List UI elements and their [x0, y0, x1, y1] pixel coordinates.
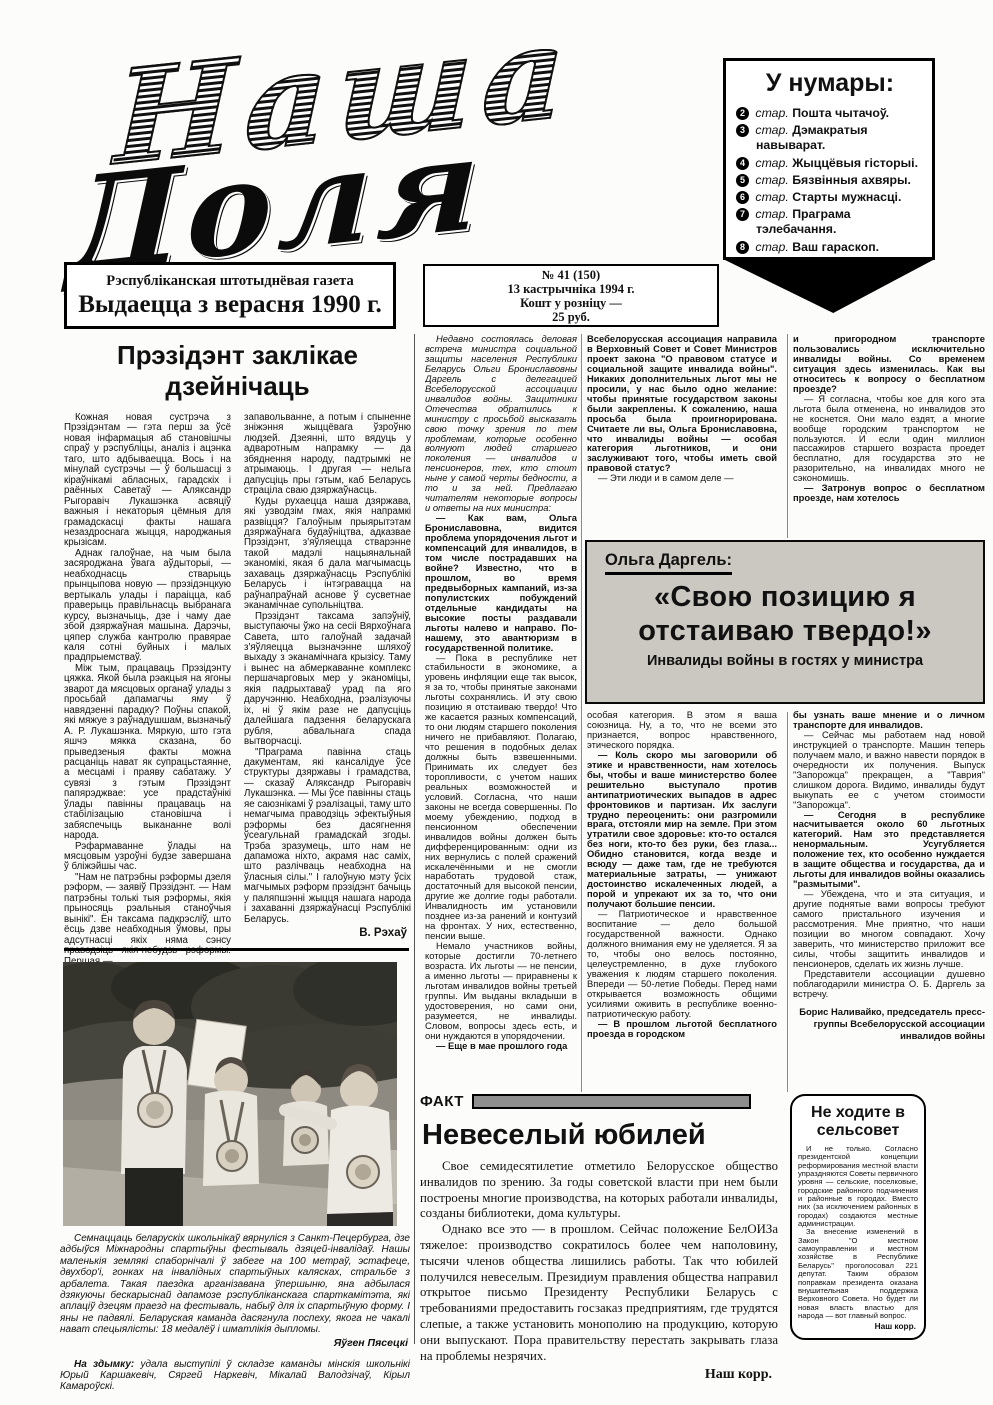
contents-item: 4 стар. Жыццёвыя гісторыі.	[736, 156, 924, 171]
page-label: стар.	[755, 207, 792, 221]
page-number-badge: 3	[736, 124, 749, 137]
sidebar-signature: Наш корр.	[798, 1321, 918, 1331]
contents-item: 6 стар. Старты мужнасці.	[736, 190, 924, 205]
paragraph: Рэфармаванне ўлады на мясцовым узроўні б…	[64, 842, 231, 873]
paragraph: — Как вам, Ольга Брониславовна, видится …	[425, 513, 577, 652]
page-number-badge: 6	[736, 191, 749, 204]
paragraph: Представители ассоциации душевно поблаго…	[793, 969, 985, 999]
logo-word-nasha: Наша	[112, 0, 577, 195]
paragraph: — Затронув вопрос о бесплатном проезде, …	[793, 483, 985, 503]
contents-item-text: Пошта чытачоў.	[792, 106, 889, 120]
newspaper-front-page: Наша Доля У нумары: 2 стар. Пошта чытачо…	[0, 0, 993, 1405]
publication-type: Рэспубліканская штотыднёвая газета	[106, 273, 353, 290]
paragraph: Однако все это — в прошлом. Сейчас полож…	[420, 1222, 778, 1364]
page-number-badge: 7	[736, 208, 749, 221]
publication-info-box: Рэспубліканская штотыднёвая газета Выдае…	[64, 262, 396, 329]
article-president-col2: запавольванне, а потым і спыненне зніжэн…	[244, 413, 411, 967]
page-number-badge: 4	[736, 157, 749, 170]
page-label: стар.	[755, 190, 792, 204]
issue-number: № 41 (150)	[542, 268, 600, 282]
paragraph: "Праграма павінна стаць дакументам, які …	[244, 748, 411, 926]
interview-col-a: Недавно состоялась деловая встреча минис…	[425, 334, 577, 1092]
page-number-badge: 5	[736, 174, 749, 187]
paragraph: Кожная новая сустрэча з Прэзідэнтам — гэ…	[64, 413, 231, 549]
fact-bar	[472, 1094, 751, 1109]
contents-item-text: Ваш гараскоп.	[792, 240, 879, 254]
paragraph: Між тым, працаваць Прэзідэнту цяжка. Яко…	[64, 664, 231, 842]
contents-box: У нумары: 2 стар. Пошта чытачоў.3 стар. …	[723, 58, 935, 260]
paragraph: Немало участников войны, которые достигл…	[425, 941, 577, 1041]
page-label: стар.	[755, 156, 792, 170]
paragraph: Свое семидесятилетие отметило Белорусско…	[420, 1159, 778, 1222]
fact-title: Невеселый юбилей	[422, 1119, 778, 1152]
paragraph: — Сегодня в республике насчитывается око…	[793, 810, 985, 890]
paragraph: — Еще в мае прошлого года	[425, 1041, 577, 1051]
photo-caption-text: Семнаццаць беларускіх школьнікаў вярнулі…	[60, 1233, 410, 1336]
interview-col-c-bottom: бы узнать ваше мнение и о личном транспо…	[793, 710, 985, 1092]
down-arrow-icon	[723, 259, 935, 313]
paragraph: Прэзідэнт таксама запэўніў, выступаючы ў…	[244, 612, 411, 748]
article-interview: Недавно состоялась деловая встреча минис…	[425, 334, 985, 1094]
contents-item: 5 стар. Бязвінныя ахвяры.	[736, 173, 924, 188]
sidebar-body: И не только. Согласно президентской конц…	[798, 1145, 918, 1320]
paragraph: Недавно состоялась деловая встреча минис…	[425, 334, 577, 513]
issue-info-box: № 41 (150) 13 кастрычніка 1994 г. Кошт у…	[423, 264, 719, 327]
photo-schoolboys-medals	[63, 962, 397, 1226]
sidebar-title: Не ходите в сельсовет	[798, 1104, 918, 1140]
paragraph: — Я согласна, чтобы кое для кого эта льг…	[793, 394, 985, 484]
contents-item: 7 стар. Праграма тэлебачання.	[736, 207, 924, 237]
paragraph: — Эти люди и в самом деле —	[587, 473, 777, 483]
page-label: стар.	[755, 173, 792, 187]
sidebar-selsovet: Не ходите в сельсовет И не только. Согла…	[790, 1094, 926, 1340]
article-fact: ФАКТ Невеселый юбилей Свое семидесятилет…	[420, 1093, 778, 1383]
interview-col-c-top: и пригородном транспорте пользовались ис…	[793, 334, 985, 540]
interview-col-b-top: Всебелорусская ассоциация направила в Ве…	[587, 334, 777, 540]
paragraph: — В прошлом льготой бесплатного проезда …	[587, 1019, 777, 1039]
contents-item: 8 стар. Ваш гараскоп.	[736, 240, 924, 255]
paragraph: Всебелорусская ассоциация направила в Ве…	[587, 334, 777, 473]
fact-body: Свое семидесятилетие отметило Белорусско…	[420, 1159, 778, 1364]
photo-caption-signature: Яўген Пясецкі	[60, 1337, 408, 1349]
interview-headline-box: Ольга Даргель: «Свою позицию я отстаиваю…	[585, 540, 985, 704]
page-number-badge: 8	[736, 241, 749, 254]
article-president-col1: Кожная новая сустрэча з Прэзідэнтам — гэ…	[64, 413, 231, 967]
paragraph: Куды рухаецца наша дзяржава, які узводзі…	[244, 497, 411, 612]
paragraph: За внесение изменений в Закон "О местном…	[798, 1228, 918, 1320]
interview-headline: «Свою позицию я отстаиваю твердо!»	[597, 580, 973, 648]
fact-signature: Наш корр.	[420, 1367, 778, 1383]
price-label: Кошт у розніцу —	[520, 296, 622, 310]
contents-list: 2 стар. Пошта чытачоў.3 стар. Дэмакратыя…	[736, 106, 924, 255]
contents-item-text: Жыццёвыя гісторыі.	[792, 156, 918, 170]
publication-since: Выдаецца з верасня 1990 г.	[78, 291, 382, 319]
main-column-divider	[414, 334, 415, 1344]
paragraph: — Сейчас мы работаем над новой инструкци…	[793, 730, 985, 810]
paragraph: бы узнать ваше мнение и о личном транспо…	[793, 710, 985, 730]
paragraph: "Нам не патрэбны рэформы дзеля рэформ, —…	[64, 873, 231, 967]
page-label: стар.	[755, 123, 792, 137]
issue-date: 13 кастрычніка 1994 г.	[507, 282, 634, 296]
interview-col-b-bottom: особая категория. В этом я ваша союзница…	[587, 710, 777, 1092]
paragraph: — Патриотическое и нравственное воспитан…	[587, 909, 777, 1018]
paragraph: — Коль скоро мы заговорили об этике и нр…	[587, 750, 777, 909]
paragraph: запавольванне, а потым і спыненне зніжэн…	[244, 413, 411, 497]
article-president-title: Прэзідэнт заклікае дзейнічаць	[64, 340, 411, 402]
article-president: Прэзідэнт заклікае дзейнічаць Кожная нов…	[64, 340, 411, 967]
horizontal-rule	[64, 948, 409, 951]
page-label: стар.	[755, 240, 792, 254]
photo-caption: Семнаццаць беларускіх школьнікаў вярнулі…	[60, 1233, 410, 1403]
paragraph: И не только. Согласно президентской конц…	[798, 1145, 918, 1228]
paragraph: особая категория. В этом я ваша союзница…	[587, 710, 777, 750]
contents-item: 3 стар. Дэмакратыя навыварат.	[736, 123, 924, 153]
paragraph: — Убеждена, что и эта ситуация, и другие…	[793, 889, 985, 969]
paragraph: Аднак галоўнае, на чым была засяроджана …	[64, 549, 231, 664]
paragraph: Семнаццаць беларускіх школьнікаў вярнулі…	[60, 1233, 410, 1336]
photo-caption-names: На здымку: удала выступілі ў складзе кам…	[60, 1359, 410, 1393]
contents-item-text: Старты мужнасці.	[792, 190, 901, 204]
interview-kicker: Ольга Даргель:	[605, 551, 732, 575]
article-president-signature: В. Рэхаў	[244, 928, 411, 938]
fact-label: ФАКТ	[420, 1093, 464, 1110]
contents-item: 2 стар. Пошта чытачоў.	[736, 106, 924, 121]
paragraph: Борис Наливайко, председатель пресс-груп…	[793, 1006, 985, 1043]
interview-subhead: Инвалиды войны в гостях у министра	[597, 653, 973, 669]
contents-title: У нумары:	[736, 69, 924, 98]
paragraph: — Пока в республике нет стабильности в э…	[425, 653, 577, 942]
price-value: 25 руб.	[552, 310, 590, 324]
page-number-badge: 2	[736, 107, 749, 120]
page-label: стар.	[755, 106, 792, 120]
contents-item-text: Бязвінныя ахвяры.	[792, 173, 911, 187]
paragraph: и пригородном транспорте пользовались ис…	[793, 334, 985, 394]
